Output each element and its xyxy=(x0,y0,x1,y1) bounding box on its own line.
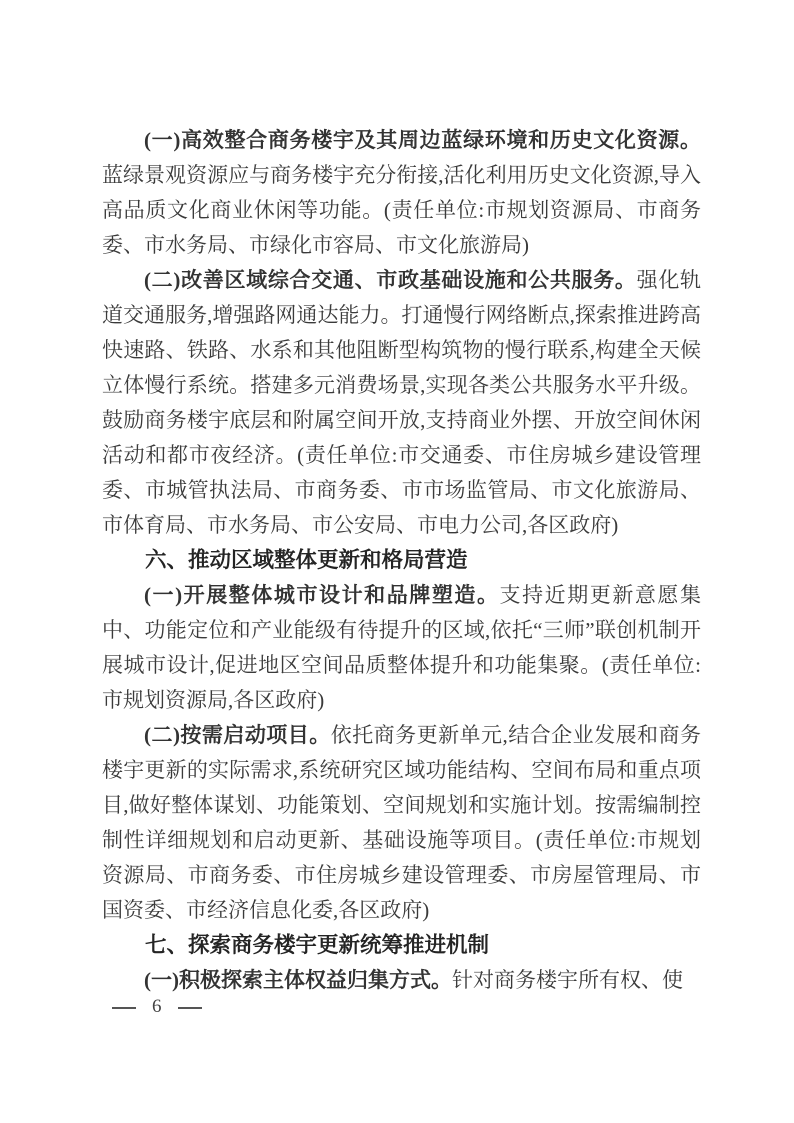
paragraph-lead: (二)改善区域综合交通、市政基础设施和公共服务。 xyxy=(144,268,637,292)
paragraph-lead: (一)开展整体城市设计和品牌塑造。 xyxy=(144,583,500,607)
page-number-dash-right xyxy=(178,1007,202,1009)
paragraph-body: 针对商务楼宇所有权、使 xyxy=(452,968,683,992)
paragraph-lead: (一)高效整合商务楼宇及其周边蓝绿环境和历史文化资源。 xyxy=(144,128,701,152)
section-heading: 七、探索商务楼宇更新统筹推进机制 xyxy=(102,928,701,963)
paragraph: (二)按需启动项目。依托商务更新单元,结合企业发展和商务楼宇更新的实际需求,系统… xyxy=(102,718,701,928)
paragraph-body: 蓝绿景观资源应与商务楼宇充分衔接,活化利用历史文化资源,导入高品质文化商业休闲等… xyxy=(102,163,701,257)
paragraph: (二)改善区域综合交通、市政基础设施和公共服务。强化轨道交通服务,增强路网通达能… xyxy=(102,263,701,543)
page-number-dash-left xyxy=(112,1007,136,1009)
document-body: (一)高效整合商务楼宇及其周边蓝绿环境和历史文化资源。蓝绿景观资源应与商务楼宇充… xyxy=(102,123,701,998)
paragraph-body: 强化轨道交通服务,增强路网通达能力。打通慢行网络断点,探索推进跨高快速路、铁路、… xyxy=(102,268,701,537)
page-number-value: 6 xyxy=(152,996,162,1018)
page-number: 6 xyxy=(112,996,202,1018)
section-heading: 六、推动区域整体更新和格局营造 xyxy=(102,543,701,578)
paragraph: (一)积极探索主体权益归集方式。针对商务楼宇所有权、使 xyxy=(102,963,701,998)
paragraph: (一)开展整体城市设计和品牌塑造。支持近期更新意愿集中、功能定位和产业能级有待提… xyxy=(102,578,701,718)
paragraph-lead: (二)按需启动项目。 xyxy=(144,723,331,747)
paragraph: (一)高效整合商务楼宇及其周边蓝绿环境和历史文化资源。蓝绿景观资源应与商务楼宇充… xyxy=(102,123,701,263)
paragraph-body: 依托商务更新单元,结合企业发展和商务楼宇更新的实际需求,系统研究区域功能结构、空… xyxy=(102,723,701,922)
paragraph-lead: (一)积极探索主体权益归集方式。 xyxy=(144,968,452,992)
document-page: (一)高效整合商务楼宇及其周边蓝绿环境和历史文化资源。蓝绿景观资源应与商务楼宇充… xyxy=(0,0,794,1123)
